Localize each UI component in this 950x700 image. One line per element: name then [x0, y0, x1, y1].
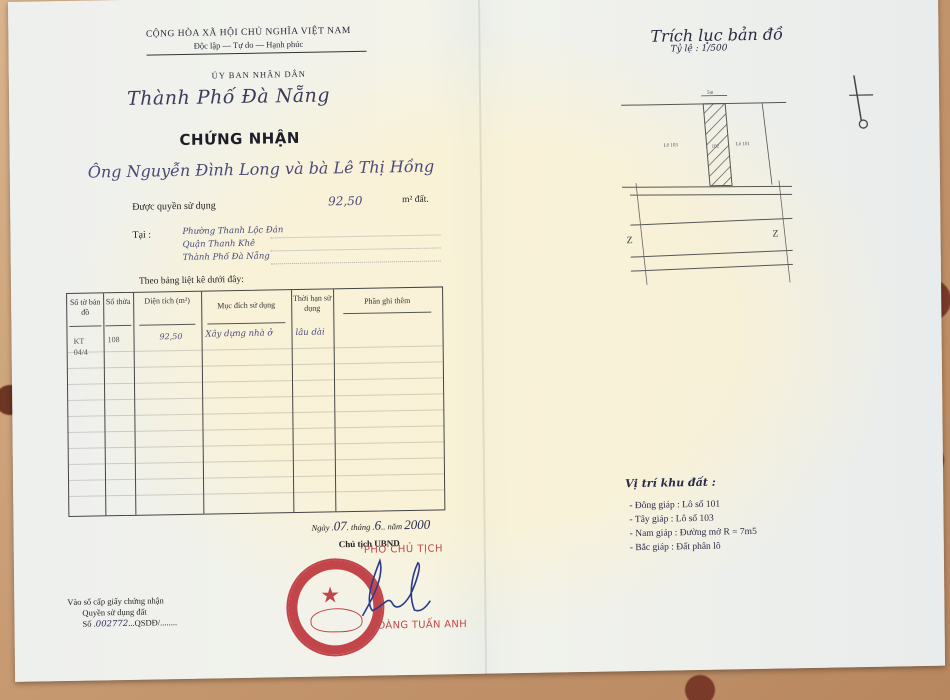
motto-divider	[147, 51, 367, 56]
svg-text:Z: Z	[627, 235, 633, 246]
registry-prefix: Số	[82, 619, 91, 629]
registry-line2: Quyền sử dụng đất	[82, 607, 146, 618]
right-page: Trích lục bản đồ Tỷ lệ : 1/500 5m Lô 103…	[480, 0, 945, 674]
area-unit: m² đất.	[402, 195, 429, 205]
header-underline	[139, 324, 195, 326]
issuing-city: Thành Phố Đà Nẵng	[127, 84, 330, 110]
cell-map-sheet: KT 04/4	[74, 335, 100, 358]
row-line	[68, 377, 443, 385]
header-underline	[69, 325, 101, 327]
seal-star-icon: ★	[320, 582, 340, 608]
map-extract-title: Trích lục bản đồ	[650, 24, 783, 45]
row-line	[69, 489, 444, 497]
parcel-sketch: 5m Lô 103 Lô 101 102 Z Z	[611, 68, 813, 291]
row-line	[69, 457, 444, 465]
header-underline	[343, 312, 431, 315]
svg-text:Lô 101: Lô 101	[736, 142, 751, 147]
date-year: 2000	[404, 517, 430, 532]
date-month: 6	[375, 518, 382, 533]
signer-name: HOÀNG TUẤN ANH	[370, 619, 468, 632]
date-month-label: tháng	[351, 522, 370, 532]
certificate-title: CHỨNG NHẬN	[179, 129, 300, 149]
registry-number: 002772	[96, 619, 129, 630]
national-motto: Độc lập — Tự do — Hạnh phúc	[128, 38, 368, 52]
registry-number-line: Số .002772...QSDĐ/........	[82, 617, 177, 630]
boundary-east: - Đông giáp : Lô số 101	[629, 500, 720, 512]
column-divider	[333, 289, 336, 511]
column-divider	[291, 290, 294, 512]
header-area: Diện tích (m²)	[133, 296, 201, 307]
row-line	[68, 409, 443, 417]
list-label: Theo bảng liệt kê dưới đây:	[139, 275, 244, 287]
cell-term: lâu dài	[295, 327, 324, 338]
header-notes: Phần ghi thêm	[333, 295, 441, 307]
land-use-certificate: CỘNG HÒA XÃ HỘI CHỦ NGHĨA VIỆT NAM Độc l…	[8, 0, 945, 682]
location-label: Tại :	[132, 230, 151, 241]
svg-text:5m: 5m	[707, 91, 714, 96]
boundary-west: - Tây giáp : Lô số 103	[629, 514, 713, 525]
svg-text:Lô 103: Lô 103	[664, 143, 679, 148]
use-right-label: Được quyền sử dụng	[132, 200, 216, 212]
cell-area: 92,50	[159, 332, 182, 341]
svg-text:Z: Z	[772, 229, 778, 240]
row-line	[68, 345, 443, 353]
column-divider	[201, 292, 204, 514]
header-purpose: Mục đích sử dụng	[201, 300, 291, 312]
owner-names: Ông Nguyễn Đình Long và bà Lê Thị Hồng	[88, 157, 435, 182]
address-district: Quận Thanh Khê	[183, 239, 256, 250]
header-underline	[105, 325, 131, 326]
parcel-table: Số tờ bản đồ Số thửa Diện tích (m²) Mục …	[66, 286, 445, 517]
row-line	[69, 441, 444, 449]
left-page: CỘNG HÒA XÃ HỘI CHỦ NGHĨA VIỆT NAM Độc l…	[8, 0, 485, 682]
row-line	[68, 393, 443, 401]
address-ward: Phường Thanh Lộc Đán	[182, 225, 283, 237]
address-dotline	[270, 234, 440, 238]
header-parcel-no: Số thửa	[103, 297, 133, 308]
boundary-north: - Bắc giáp : Đất phân lô	[630, 542, 721, 554]
address-dotline	[271, 247, 441, 251]
registry-line1: Vào sổ cấp giấy chứng nhận	[67, 595, 164, 607]
cell-parcel-no: 108	[108, 335, 120, 344]
signature-icon	[344, 555, 435, 627]
north-arrow-icon	[849, 75, 880, 136]
header-map-sheet: Số tờ bản đồ	[67, 297, 103, 318]
issue-date: Ngày .07. tháng .6.. năm 2000	[311, 517, 430, 535]
address-city: Thành Phố Đà Nẵng	[183, 251, 270, 263]
boundary-south: - Nam giáp : Đường mở R = 7m5	[630, 527, 757, 539]
row-line	[69, 425, 444, 433]
header-term: Thời hạn sử dụng	[291, 293, 333, 314]
cell-purpose: Xây dựng nhà ở	[205, 328, 272, 339]
row-line	[69, 473, 444, 481]
map-scale: Tỷ lệ : 1/500	[671, 43, 728, 54]
date-prefix: Ngày	[311, 522, 329, 532]
address-dotline	[271, 260, 441, 264]
column-divider	[133, 293, 136, 515]
svg-text:102: 102	[712, 145, 720, 150]
peoples-committee: ỦY BAN NHÂN DÂN	[149, 68, 369, 82]
column-divider	[103, 293, 106, 515]
row-line	[68, 361, 443, 369]
date-year-label: năm	[387, 521, 402, 531]
registry-suffix: ...QSDĐ/........	[128, 617, 177, 628]
date-day: 07	[334, 518, 347, 533]
header-underline	[207, 322, 285, 324]
area-value: 92,50	[328, 194, 363, 209]
location-title: Vị trí khu đất :	[625, 476, 716, 491]
